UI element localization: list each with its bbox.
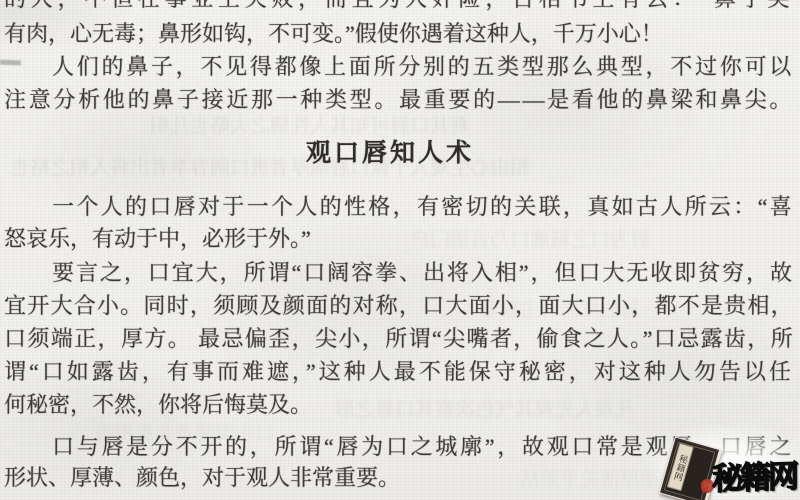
body-text-line: 怒哀乐，有动于中，必形于外。” <box>4 228 311 250</box>
ghost-bleed-line: 唇为口之城廓口乃言语门户 <box>410 230 650 250</box>
body-text-line: 要言之，口宜大，所谓“口阔容拳、出将入相”，但口大无收即贫穷，故 <box>52 262 794 284</box>
body-text-line-clipped: 的人，不但在事业上失败，而且为人奸险，古相书上有云：“鼻子尖 <box>4 0 794 10</box>
ghost-bleed-line: 凡观人先观其气色次察其口唇之形 <box>335 400 635 420</box>
section-heading: 观口唇知人术 <box>0 140 780 167</box>
body-text-line: 何秘密，不然，你将后悔莫及。 <box>4 394 312 416</box>
body-text-line: 宜开大合小。同时，须顾及颜面的对称，口大面小，面大口小，都不是贵相， <box>4 295 794 317</box>
watermark-site-name: 秘籍网 <box>712 451 796 499</box>
book-title-slip: 秘籍网 <box>667 443 694 491</box>
ghost-bleed-line: 观其口唇可知其人性情之大略也凡相 <box>150 116 470 136</box>
body-text-line: 口须端正，厚方。 最忌偏歪，尖小，所谓“尖嘴者，偷食之人。”口忌露齿，所 <box>4 328 794 350</box>
scanned-page: 观其口唇可知其人性情之大略也凡相 相由心生观人于微口唇端厚者贵口阔容拳者出将入相… <box>0 0 800 500</box>
body-text-line: 一个人的口唇对于一个人的性格，有密切的关联，真如古人所云：“喜 <box>52 196 794 218</box>
body-text-line: 有肉，心无毒；鼻形如钩，不可变。”假使你遇着这种人，千万小心！ <box>4 23 663 45</box>
body-text-line: 形状、厚薄、颜色，对于观人非常重要。 <box>4 467 400 489</box>
body-text-line: 谓“口如露齿，有事而难遮，”这种人最不能保守秘密，对这种人勿告以任 <box>4 361 794 383</box>
body-text-line: 人们的鼻子，不见得都像上面所分别的五类型那么典型，不过你可以 <box>52 56 794 78</box>
scan-smudge-artifact <box>0 60 21 66</box>
body-text-line: 注意分析他的鼻子接近那一种类型。最重要的——是看他的鼻梁和鼻尖。 <box>4 89 794 111</box>
